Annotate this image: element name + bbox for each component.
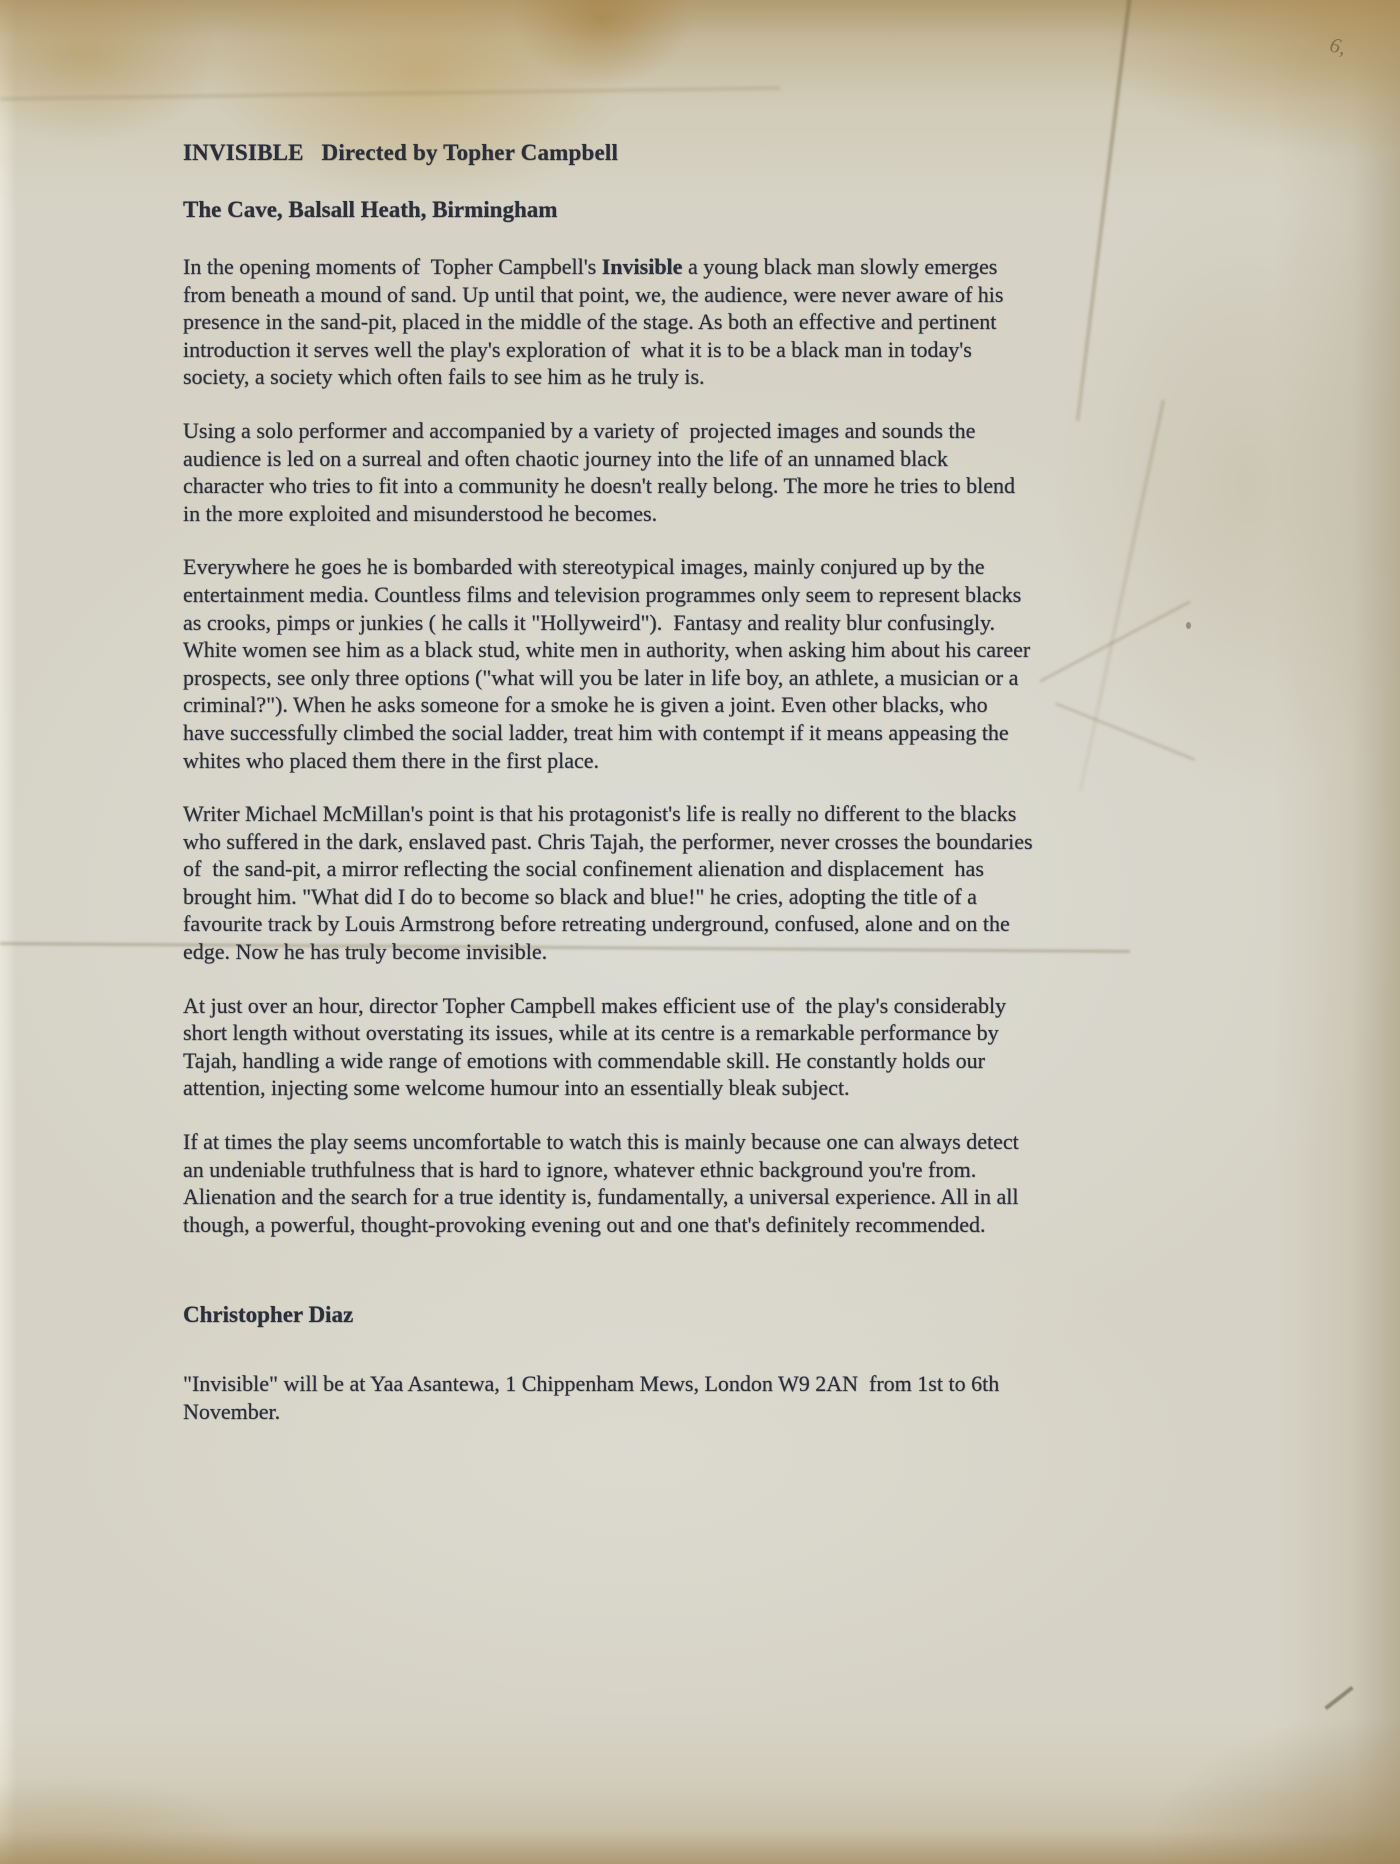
paragraph: At just over an hour, director Topher Ca… [183,992,1033,1102]
document-title: INVISIBLE Directed by Topher Campbell [183,140,1033,166]
diagonal-crease-right-1 [1039,600,1191,682]
horizontal-crease-top [0,87,780,101]
body-text: Writer Michael McMillan's point is that … [183,801,1038,964]
document-content: INVISIBLE Directed by Topher Campbell Th… [183,140,1033,1426]
paragraph: Everywhere he goes he is bombarded with … [183,553,1033,774]
body-text: Everywhere he goes he is bombarded with … [183,554,1036,772]
body-text: In the opening moments of Topher Campbel… [183,254,602,279]
document-venue: The Cave, Balsall Heath, Birmingham [183,197,1033,223]
ink-speck [1186,622,1191,629]
scanned-document-page: 6, INVISIBLE Directed by Topher Campbell… [0,0,1400,1864]
footer-note: "Invisible" will be at Yaa Asantewa, 1 C… [183,1370,1033,1426]
document-body: In the opening moments of Topher Campbel… [183,253,1033,1238]
bold-text: Invisible [602,254,683,279]
body-text: At just over an hour, director Topher Ca… [183,993,1012,1101]
paragraph: Writer Michael McMillan's point is that … [183,800,1033,966]
diagonal-crease-right-2 [1055,702,1195,761]
paragraph: In the opening moments of Topher Campbel… [183,253,1033,391]
vertical-fold-crease-mid [1079,400,1165,792]
body-text: Using a solo performer and accompanied b… [183,418,1020,526]
vertical-fold-crease-top [1076,0,1132,421]
byline: Christopher Diaz [183,1302,1033,1328]
bottom-right-crease [1324,1686,1353,1710]
body-text: If at times the play seems uncomfortable… [183,1129,1024,1237]
handwritten-mark: 6, [1327,32,1348,60]
paragraph: Using a solo performer and accompanied b… [183,417,1033,527]
paragraph: If at times the play seems uncomfortable… [183,1128,1033,1238]
